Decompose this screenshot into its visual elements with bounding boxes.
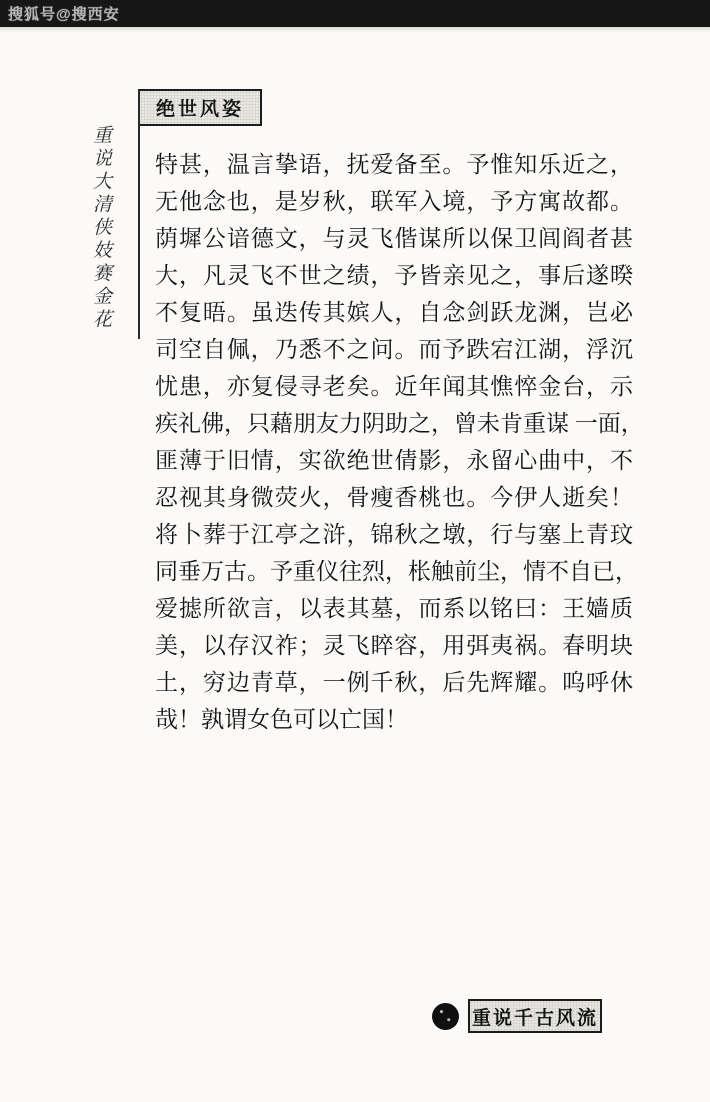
text-line: 疾礼佛，只藉朋友力阴助之，曾未肯重谋 一面，: [155, 405, 633, 442]
text-line: 不复晤。虽迭传其嫔人，自念剑跃龙渊，岂必: [155, 294, 633, 331]
watermark-bar: 搜狐号@搜西安: [0, 0, 710, 27]
body-text: 特甚，温言挚语，抚爱备至。予惟知乐近之， 无他念也，是岁秋，联军入境，予方寓故都…: [155, 146, 633, 738]
scanned-book-page: 绝世风姿 重说大清侠妓赛金花 特甚，温言挚语，抚爱备至。予惟知乐近之， 无他念也…: [0, 27, 710, 1102]
vertical-book-title: 重说大清侠妓赛金花: [86, 125, 114, 355]
text-line: 哉！孰谓女色可以亡国！: [155, 701, 633, 738]
text-line: 忧患，亦复侵寻老矣。近年闻其憔悴金台，示: [155, 368, 633, 405]
series-label: 重说千古风流: [472, 1003, 598, 1030]
text-line: 土，穷边青草，一例千秋，后先辉耀。呜呼休: [155, 664, 633, 701]
watermark-text: 搜狐号@搜西安: [0, 3, 120, 24]
text-line: 无他念也，是岁秋，联军入境，予方寓故都。: [155, 183, 633, 220]
vertical-divider: [138, 89, 140, 339]
text-line: 司空自佩，乃悉不之问。而予跌宕江湖，浮沉: [155, 331, 633, 368]
series-label-box: 重说千古风流: [468, 999, 602, 1033]
text-line: 荫墀公谙德文，与灵飞偕谋所以保卫闾阎者甚: [155, 220, 633, 257]
section-header-box: 绝世风姿: [138, 89, 262, 126]
text-line: 将卜葬于江亭之浒，锦秋之墩，行与塞上青玟: [155, 516, 633, 553]
page-number-badge: [432, 1003, 459, 1030]
text-line: 美，以存汉祚；灵飞睟容，用弭夷祸。春明块: [155, 627, 633, 664]
text-line: 匪薄于旧情，实欲绝世倩影，永留心曲中，不: [155, 442, 633, 479]
text-line: 忍视其身微荧火，骨瘦香桃也。今伊人逝矣！: [155, 479, 633, 516]
text-line: 大，凡灵飞不世之绩，予皆亲见之，事后遂暌: [155, 257, 633, 294]
section-header-label: 绝世风姿: [156, 94, 244, 121]
text-line: 特甚，温言挚语，抚爱备至。予惟知乐近之，: [155, 146, 633, 183]
text-line: 同垂万古。予重仪往烈，枨触前尘，情不自已，: [155, 553, 633, 590]
text-line: 爱摅所欲言，以表其墓，而系以铭曰：王嫱质: [155, 590, 633, 627]
